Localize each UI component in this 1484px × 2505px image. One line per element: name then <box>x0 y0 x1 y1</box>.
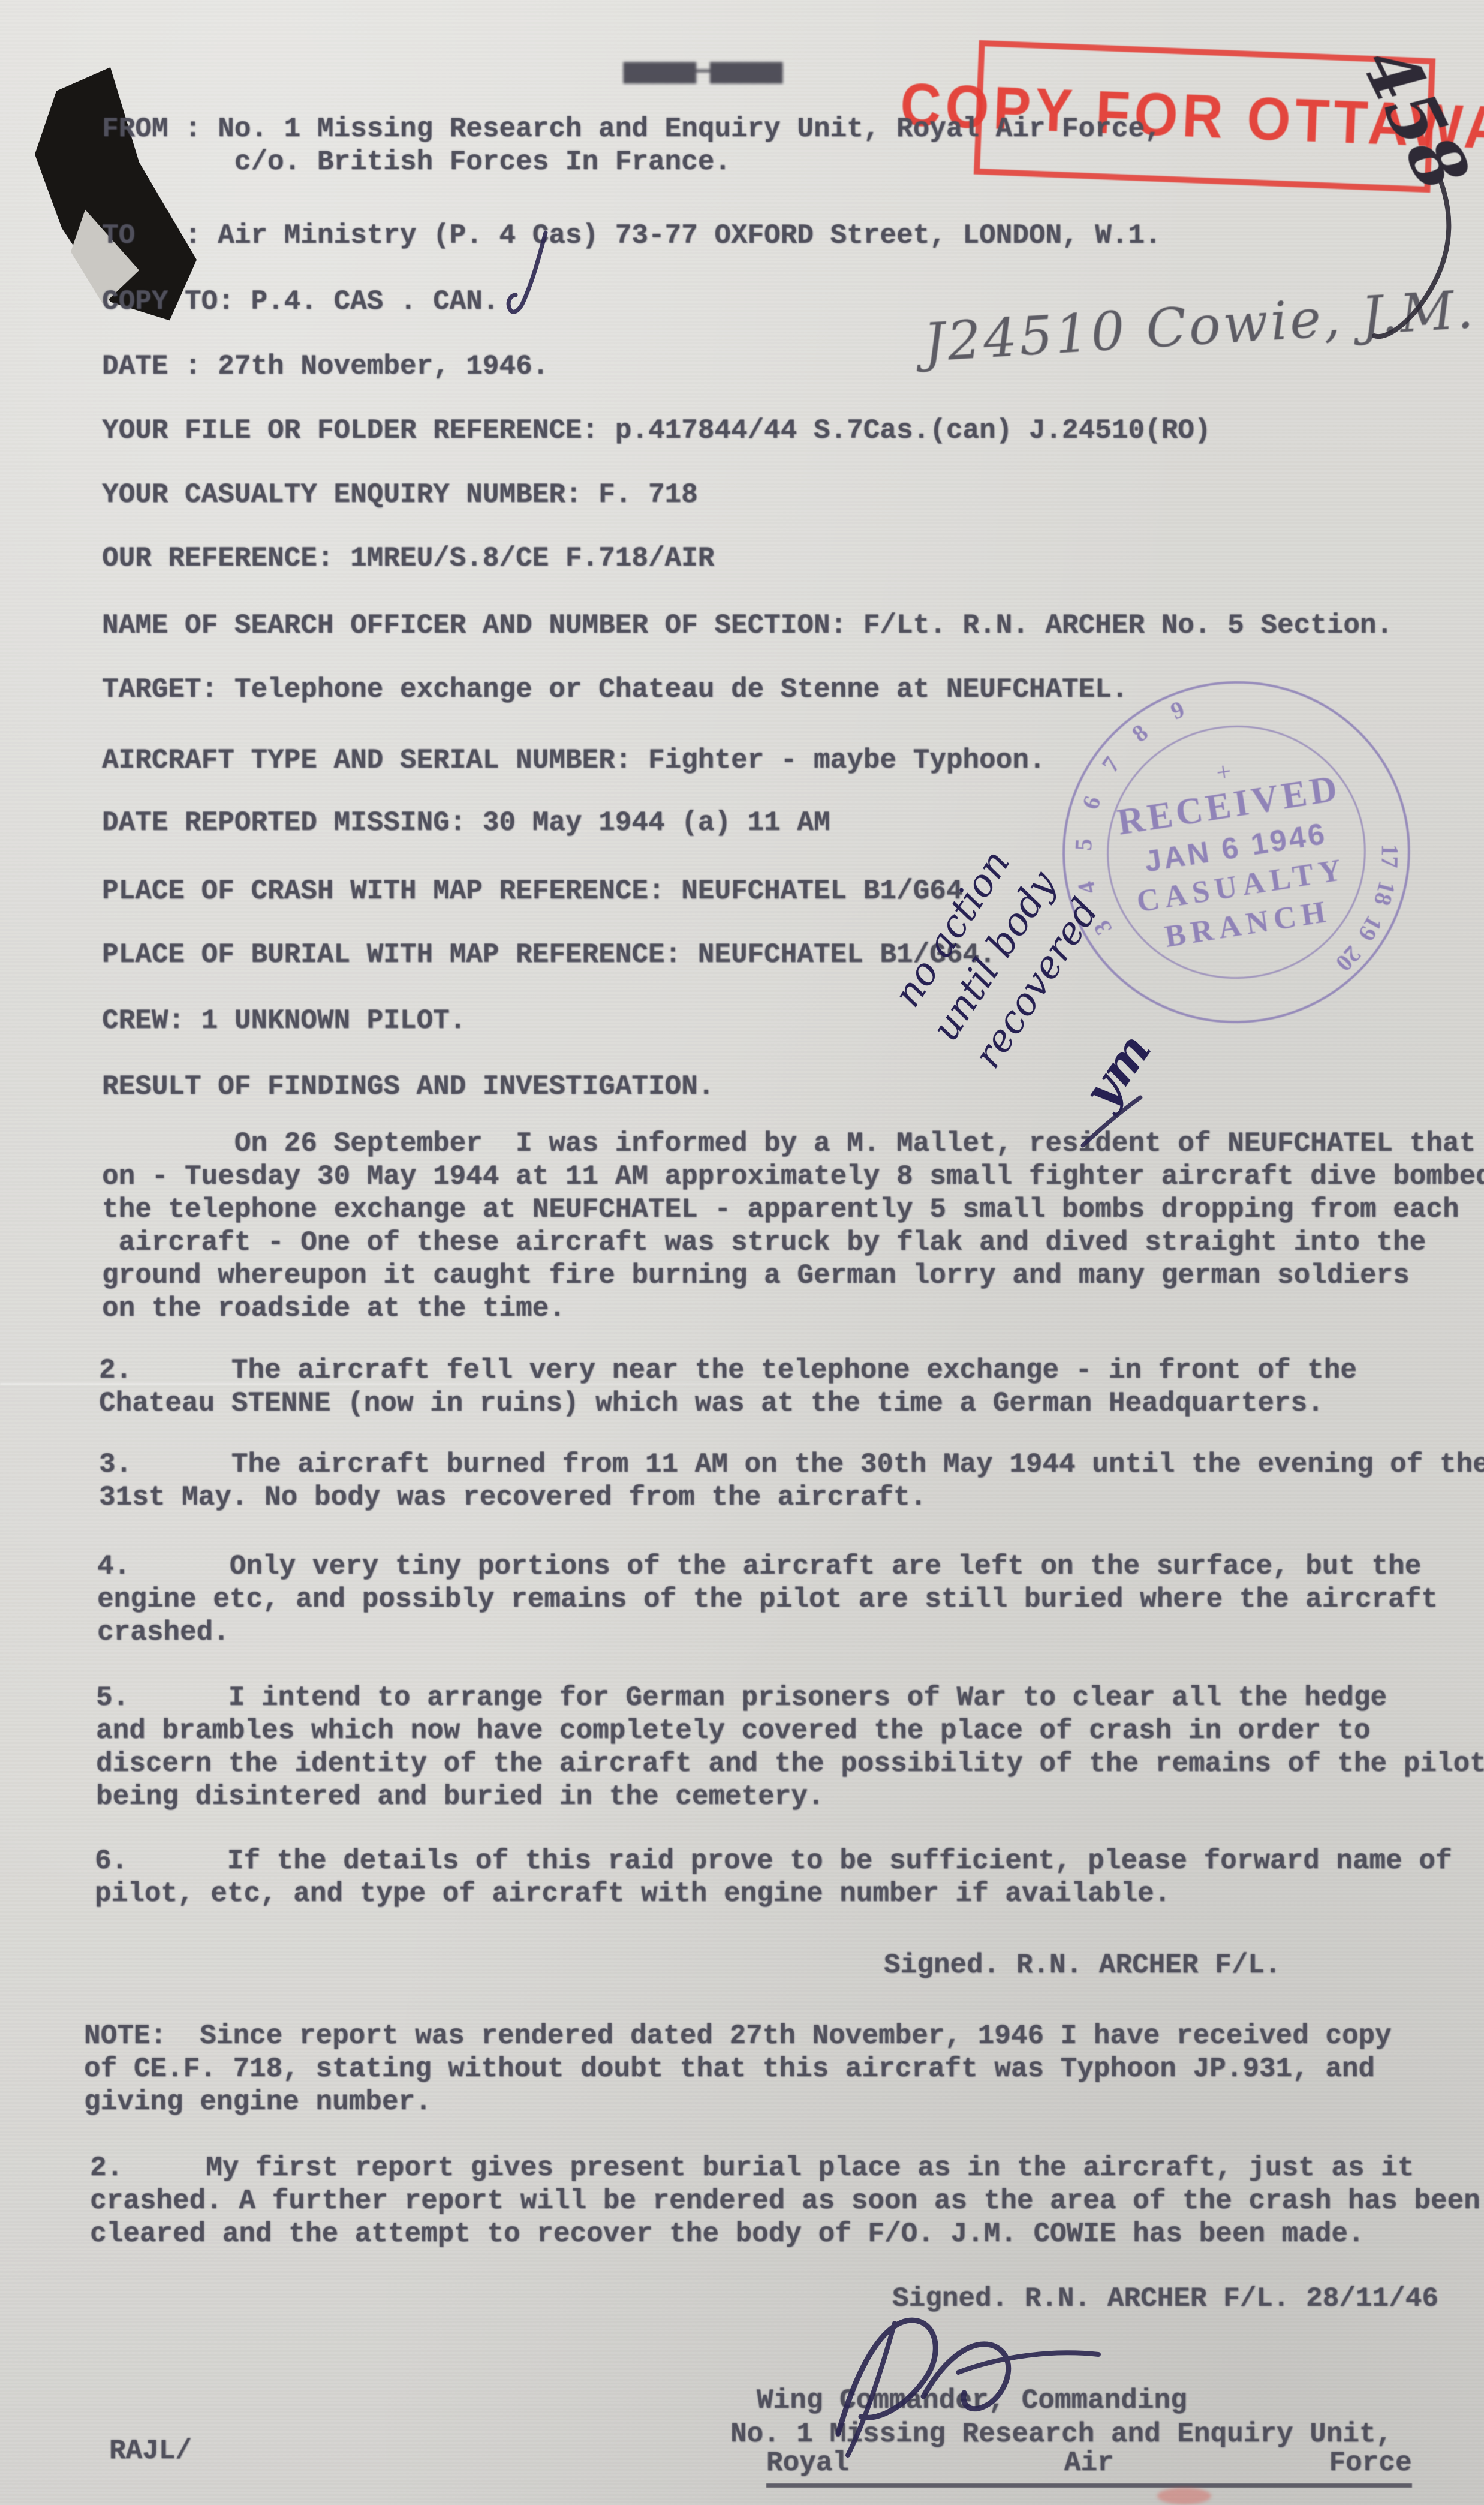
red-ink-smudge <box>1157 2488 1211 2504</box>
unit-line: No. 1 Missing Research and Enquiry Unit, <box>730 2418 1392 2451</box>
place-of-burial-line: PLACE OF BURIAL WITH MAP REFERENCE: NEUF… <box>102 939 996 972</box>
paragraph-1: On 26 September I was informed by a M. M… <box>102 1127 1484 1325</box>
to-line: TO : Air Ministry (P. 4 Cas) 73-77 OXFOR… <box>102 219 1161 252</box>
place-of-crash-line: PLACE OF CRASH WITH MAP REFERENCE: NEUFC… <box>102 875 962 908</box>
copy-to-line: COPY TO: P.4. CAS . CAN. <box>102 285 499 318</box>
our-reference-line: OUR REFERENCE: 1MREU/S.8/CE F.718/AIR <box>102 542 714 575</box>
date-line: DATE : 27th November, 1946. <box>102 350 549 383</box>
paragraph-4: 4. Only very tiny portions of the aircra… <box>97 1550 1438 1649</box>
stamp-cross-icon: + <box>1215 762 1232 782</box>
ring-number: 17 <box>1375 843 1404 870</box>
note-paragraph: NOTE: Since report was rendered dated 27… <box>84 2020 1392 2119</box>
date-missing-line: DATE REPORTED MISSING: 30 May 1944 (a) 1… <box>102 807 830 840</box>
target-line: TARGET: Telephone exchange or Chateau de… <box>102 673 1128 706</box>
file-reference-line: YOUR FILE OR FOLDER REFERENCE: p.417844/… <box>102 414 1211 447</box>
note-paragraph-2: 2. My first report gives present burial … <box>90 2152 1480 2251</box>
paragraph-2: 2. The aircraft fell very near the telep… <box>99 1354 1357 1420</box>
signed-line-1: Signed. R.N. ARCHER F/L. <box>884 1949 1281 1982</box>
signature-stroke <box>958 2353 1098 2372</box>
aircraft-line: AIRCRAFT TYPE AND SERIAL NUMBER: Fighter… <box>102 744 1045 777</box>
paragraph-5: 5. I intend to arrange for German prison… <box>96 1682 1484 1814</box>
typist-initials: RAJL/ <box>109 2435 192 2468</box>
result-heading-line: RESULT OF FINDINGS AND INVESTIGATION. <box>102 1070 714 1103</box>
search-officer-line: NAME OF SEARCH OFFICER AND NUMBER OF SEC… <box>102 609 1393 642</box>
obliterated-heading: ▆▆▆▆▆ ▆▆▆▆▆ <box>624 55 782 88</box>
service-line: Royal Air Force <box>766 2447 1412 2488</box>
document-page: ▆▆▆▆▆ ▆▆▆▆▆ COPY FOR OTTAWA 458 FROM : N… <box>0 0 1484 2505</box>
crew-line: CREW: 1 UNKNOWN PILOT. <box>102 1005 466 1038</box>
paragraph-6: 6. If the details of this raid prove to … <box>95 1845 1452 1911</box>
from-lines: FROM : No. 1 Missing Research and Enquir… <box>102 113 1161 179</box>
commander-line: Wing Commander, Commanding <box>757 2384 1187 2417</box>
pencil-casefile-note: J24510 Cowie, J.M. <box>922 278 1477 374</box>
paragraph-3: 3. The aircraft burned from 11 AM on the… <box>99 1448 1484 1514</box>
casualty-number-line: YOUR CASUALTY ENQUIRY NUMBER: F. 718 <box>102 479 698 512</box>
signed-line-2: Signed. R.N. ARCHER F/L. 28/11/46 <box>892 2283 1438 2315</box>
